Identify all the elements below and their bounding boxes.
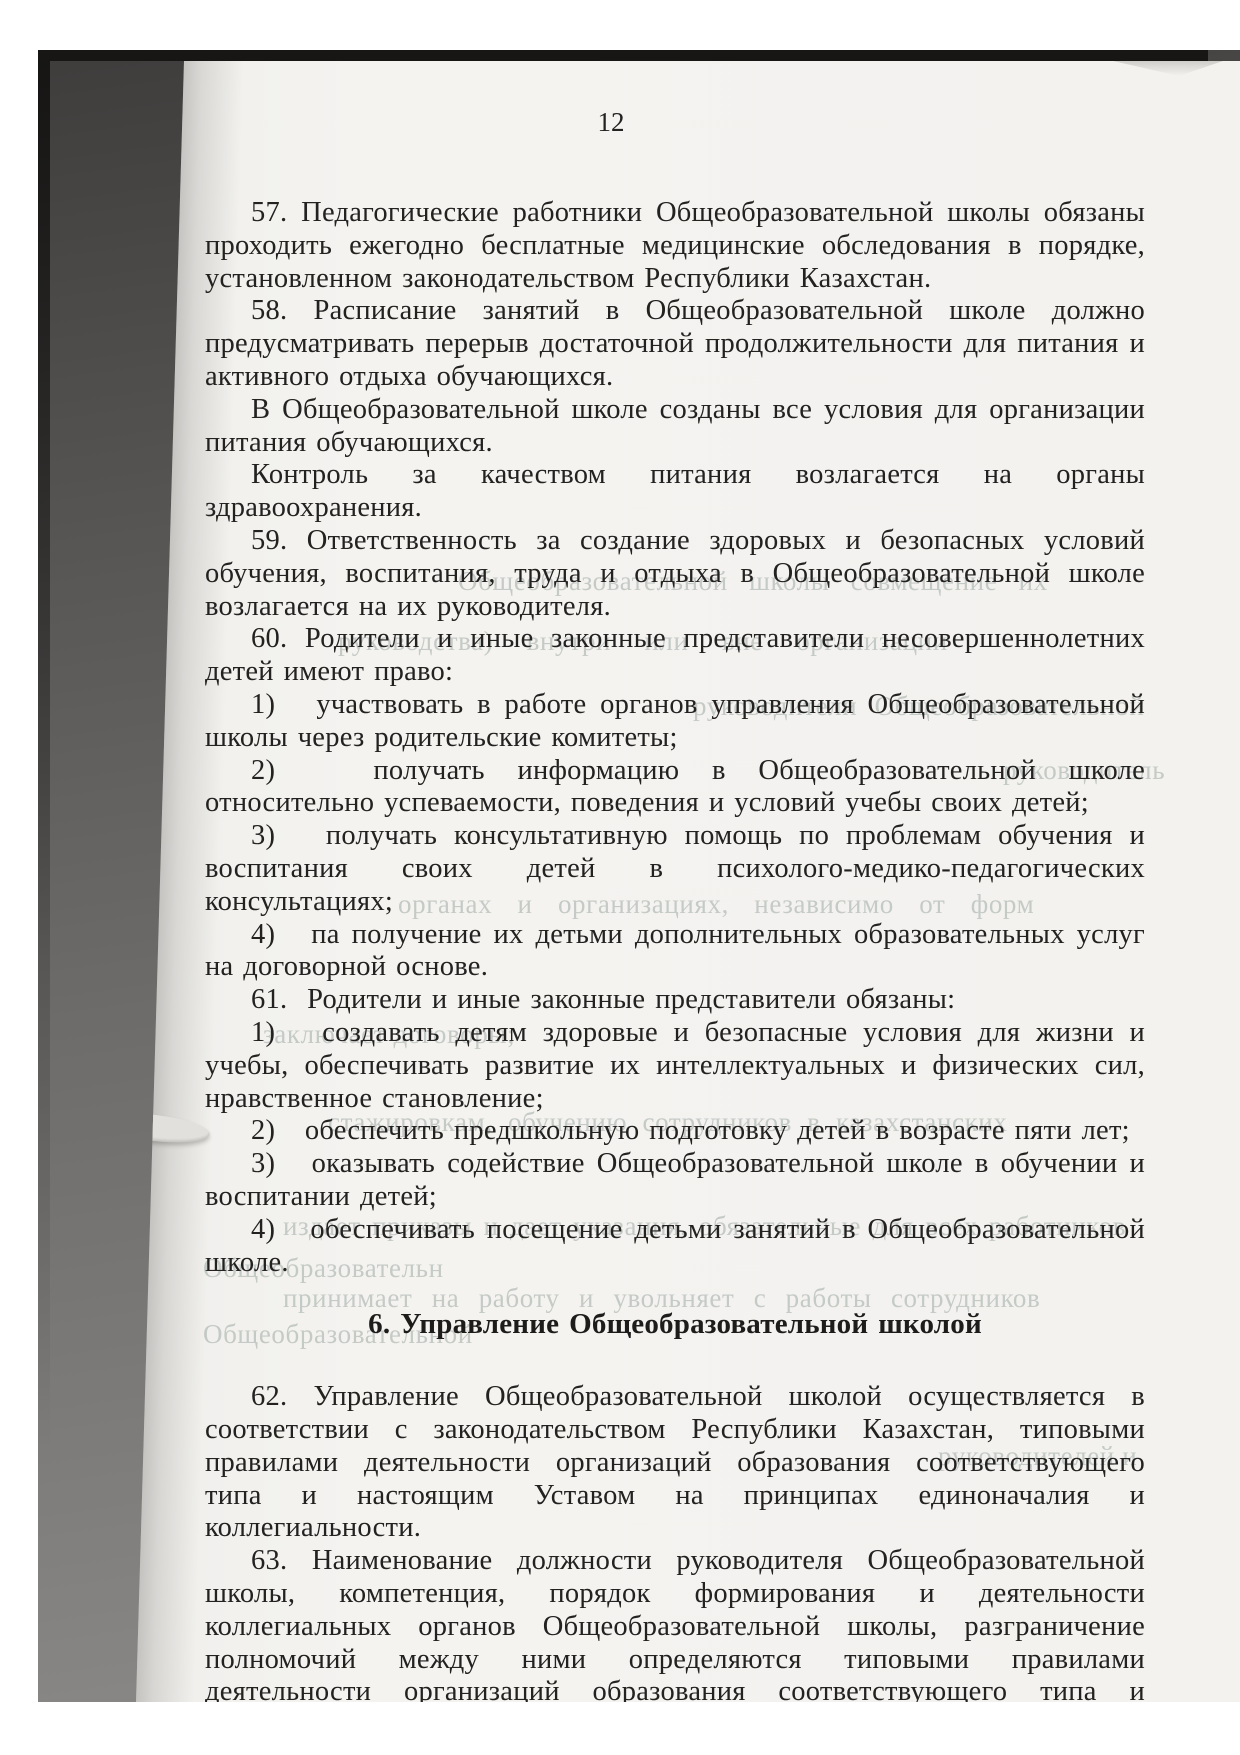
paragraph-60: 60. Родители и иные законные представите… [205,623,1145,689]
list-item-61-3: 3) оказывать содействие Общеобразователь… [205,1148,1145,1214]
paragraph-59: 59. Ответственность за создание здоровых… [205,525,1145,623]
paper-sheet: Общеобразовательной школы совмещение их … [38,61,1240,1702]
paragraph-62: 62. Управление Общеобразовательной школо… [205,1381,1145,1545]
page-number: 12 [141,107,1081,137]
paragraph-57: 57. Педагогические работники Общеобразов… [205,197,1145,295]
page-content: 12 57. Педагогические работники Общеобра… [38,61,1240,1702]
section-heading-6: 6. Управление Общеобразовательной школой [205,1307,1145,1341]
list-item-61-2: 2) обеспечить предшкольную подготовку де… [205,1115,1145,1148]
list-item-60-1: 1) участвовать в работе органов управлен… [205,689,1145,755]
scan-top-edge [38,50,1208,61]
list-item-60-3: 3) получать консультативную помощь по пр… [205,820,1145,918]
list-item-61-4: 4) обеспечивать посещение детьми занятий… [205,1214,1145,1280]
paragraph-food-created: В Общеобразовательной школе созданы все … [205,394,1145,460]
paragraph-63: 63. Наименование должности руководителя … [205,1545,1145,1702]
paragraph-58: 58. Расписание занятий в Общеобразовател… [205,295,1145,393]
list-item-60-2: 2) получать информацию в Общеобразовател… [205,755,1145,821]
paragraph-61: 61. Родители и иные законные представите… [205,984,1145,1017]
scanner-spine-shadow [38,50,50,1702]
list-item-60-4: 4) па получение их детьми дополнительных… [205,919,1145,985]
scanned-page: Общеобразовательной школы совмещение их … [38,50,1240,1702]
list-item-61-1: 1) создавать детям здоровые и безопасные… [205,1017,1145,1115]
paragraph-food-control: Контроль за качеством питания возлагаетс… [205,459,1145,525]
